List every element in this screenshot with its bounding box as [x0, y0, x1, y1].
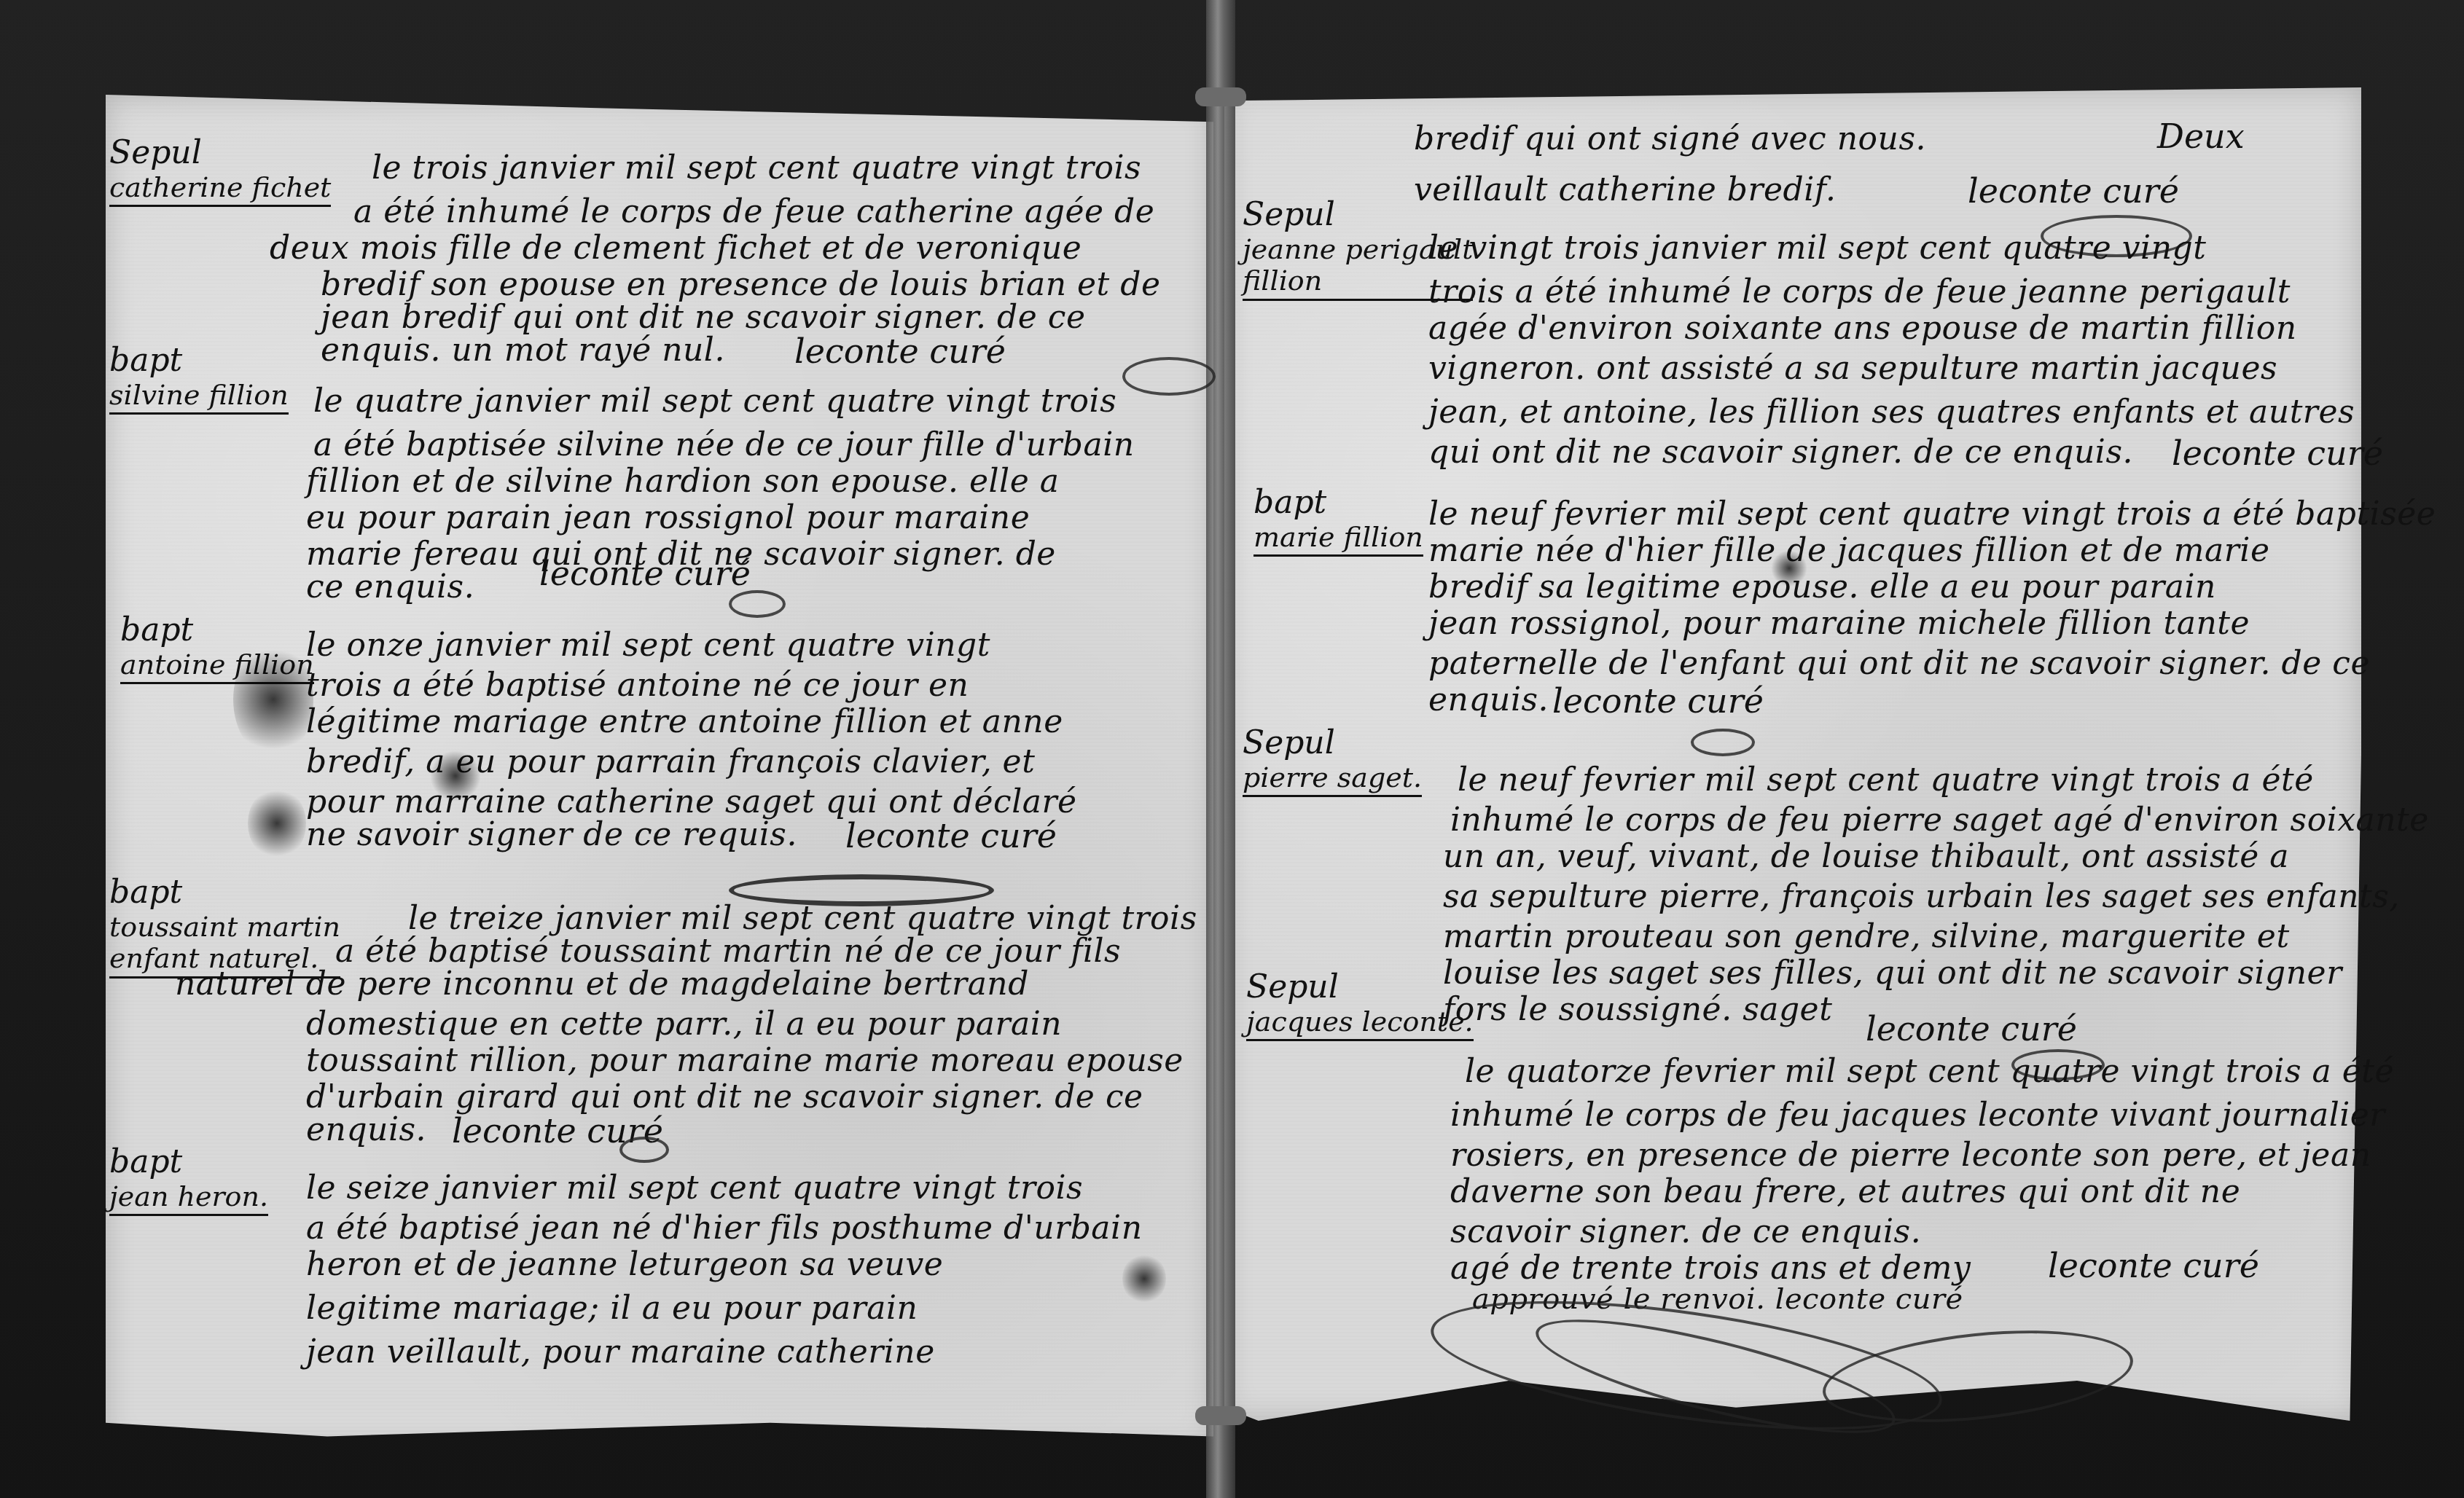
- entry-line: a été inhumé le corps de feue catherine …: [353, 193, 1154, 230]
- priest-signature: leconte curé: [539, 554, 751, 593]
- entry-line: le treize janvier mil sept cent quatre v…: [408, 900, 1197, 937]
- entry-line: le neuf fevrier mil sept cent quatre vin…: [1458, 761, 2314, 799]
- entry-line: bredif son epouse en presence de louis b…: [321, 266, 1160, 303]
- entry-line: heron et de jeanne leturgeon sa veuve: [306, 1246, 943, 1283]
- entry-line: le vingt trois janvier mil sept cent qua…: [1428, 230, 2206, 267]
- margin-label-entry: Sepul catherine fichet: [109, 135, 331, 207]
- margin-label-entry: bapt toussaint martin enfant naturel.: [109, 874, 340, 979]
- entry-kind: bapt: [109, 342, 289, 380]
- entry-line: fors le soussigné. saget: [1443, 991, 1832, 1028]
- entry-line: eu pour parain jean rossignol pour marai…: [306, 499, 1030, 536]
- entry-name: pierre saget.: [1243, 762, 1422, 798]
- entry-line: domestique en cette parr., il a eu pour …: [306, 1005, 1062, 1043]
- entry-line: inhumé le corps de feu pierre saget agé …: [1450, 801, 2429, 839]
- entry-line: louise les saget ses filles, qui ont dit…: [1443, 954, 2342, 992]
- margin-label-entry: bapt jean heron.: [109, 1144, 268, 1216]
- priest-signature: leconte curé: [794, 332, 1006, 371]
- entry-line: bredif, a eu pour parrain françois clavi…: [306, 743, 1035, 780]
- entry-line: pour marraine catherine saget qui ont dé…: [306, 783, 1077, 820]
- entry-line: rosiers, en presence de pierre leconte s…: [1450, 1137, 2371, 1174]
- entry-line: le quatorze fevrier mil sept cent quatre…: [1465, 1053, 2394, 1090]
- entry-line: toussaint rillion, pour maraine marie mo…: [306, 1042, 1184, 1079]
- priest-signature: leconte curé: [2172, 434, 2383, 473]
- entry-line: bredif sa legitime epouse. elle a eu pou…: [1428, 568, 2216, 605]
- entry-line: fillion et de silvine hardion son epouse…: [306, 463, 1059, 500]
- entry-line: le neuf fevrier mil sept cent quatre vin…: [1428, 495, 2436, 533]
- priest-signature: leconte curé: [845, 816, 1057, 855]
- entry-line: ce enquis.: [306, 568, 474, 605]
- entry-line: a été baptisé toussaint martin né de ce …: [335, 933, 1121, 970]
- entry-line: légitime mariage entre antoine fillion e…: [306, 703, 1063, 740]
- entry-line: trois a été baptisé antoine né ce jour e…: [306, 667, 969, 704]
- margin-label-entry: Sepul jacques leconte.: [1246, 969, 1474, 1041]
- entry-kind: bapt: [109, 1144, 268, 1181]
- ink-blot: [430, 750, 481, 801]
- entry-line: ne savoir signer de ce requis.: [306, 816, 797, 853]
- entry-line: enquis.: [306, 1111, 426, 1148]
- book-binding: [1206, 0, 1235, 1498]
- entry-line: a été baptisée silvine née de ce jour fi…: [313, 426, 1135, 463]
- margin-label-entry: Sepul pierre saget.: [1243, 725, 1422, 797]
- entry-line: paternelle de l'enfant qui ont dit ne sc…: [1428, 645, 2370, 682]
- signature-flourish: [1691, 729, 1755, 756]
- priest-signature: leconte curé: [1866, 1009, 2077, 1048]
- priest-signature: leconte curé: [2048, 1246, 2259, 1285]
- priest-signature: leconte curé: [1552, 681, 1764, 721]
- entry-kind: bapt: [1253, 485, 1423, 522]
- continuation-line: bredif qui ont signé avec nous.: [1414, 120, 1926, 157]
- entry-line: marie née d'hier fille de jacques fillio…: [1428, 532, 2269, 569]
- signature-flourish: [619, 1137, 669, 1163]
- entry-name: marie fillion: [1253, 522, 1423, 557]
- ink-blot: [1771, 550, 1807, 587]
- entry-line: trois a été inhumé le corps de feue jean…: [1428, 273, 2291, 310]
- margin-label-entry: bapt silvine fillion: [109, 342, 289, 415]
- entry-line: qui ont dit ne scavoir signer. de ce enq…: [1428, 434, 2133, 471]
- entry-line: daverne son beau frere, et autres qui on…: [1450, 1173, 2240, 1210]
- entry-line: enquis.: [1428, 681, 1549, 718]
- entry-line: sa sepulture pierre, françois urbain les…: [1443, 878, 2400, 915]
- ink-blot: [1122, 1253, 1166, 1304]
- entry-line: legitime mariage; il a eu pour parain: [306, 1290, 918, 1327]
- entry-line: le quatre janvier mil sept cent quatre v…: [313, 383, 1116, 420]
- margin-label-entry: bapt marie fillion: [1253, 485, 1423, 557]
- entry-line: agée d'environ soixante ans epouse de ma…: [1428, 310, 2297, 347]
- continuation-line: veillault catherine bredif.: [1414, 171, 1837, 208]
- entry-line: agé de trente trois ans et demy: [1450, 1250, 1971, 1287]
- ink-blot: [248, 787, 306, 860]
- entry-line: le trois janvier mil sept cent quatre vi…: [372, 149, 1141, 187]
- entry-line: le seize janvier mil sept cent quatre vi…: [306, 1169, 1083, 1207]
- entry-line: d'urbain girard qui ont dit ne scavoir s…: [306, 1078, 1143, 1115]
- signature-flourish: [729, 590, 786, 618]
- ink-blot: [233, 641, 313, 758]
- entry-line: jean, et antoine, les fillion ses quatre…: [1428, 393, 2355, 431]
- entry-line: naturel de pere inconnu et de magdelaine…: [175, 965, 1029, 1003]
- entry-kind: Sepul: [109, 135, 331, 172]
- entry-line: jean veillault, pour maraine catherine: [306, 1333, 935, 1370]
- entry-kind: Sepul: [1243, 725, 1422, 762]
- priest-signature: leconte curé: [1968, 171, 2179, 211]
- binding-stitch: [1195, 1406, 1246, 1425]
- entry-line: le onze janvier mil sept cent quatre vin…: [306, 627, 990, 664]
- binding-stitch: [1195, 87, 1246, 106]
- entry-kind: bapt: [109, 874, 340, 911]
- entry-name: jean heron.: [109, 1181, 268, 1217]
- entry-name: silvine fillion: [109, 380, 289, 415]
- entry-kind: Sepul: [1246, 969, 1474, 1006]
- entry-line: a été baptisé jean né d'hier fils posthu…: [306, 1209, 1143, 1247]
- entry-line: deux mois fille de clement fichet et de …: [270, 230, 1082, 267]
- entry-name: jacques leconte.: [1246, 1006, 1474, 1042]
- entry-line: un an, veuf, vivant, de louise thibault,…: [1443, 838, 2289, 875]
- entry-name: toussaint martin: [109, 911, 340, 944]
- signature-flourish: [1122, 357, 1216, 396]
- entry-line: jean rossignol, pour maraine michele fil…: [1428, 605, 2250, 642]
- entry-line: scavoir signer. de ce enquis.: [1450, 1213, 1921, 1250]
- entry-line: vigneron. ont assisté a sa sepulture mar…: [1428, 350, 2277, 387]
- entry-kind: Sepul: [1243, 197, 1473, 234]
- entry-line: enquis. un mot rayé nul.: [321, 332, 725, 369]
- entry-name: catherine fichet: [109, 172, 331, 208]
- entry-line: jean bredif qui ont dit ne scavoir signe…: [321, 299, 1085, 336]
- entry-line: martin prouteau son gendre, silvine, mar…: [1443, 918, 2290, 955]
- entry-line: inhumé le corps de feu jacques leconte v…: [1450, 1097, 2385, 1134]
- page-number: Deux: [2157, 117, 2245, 156]
